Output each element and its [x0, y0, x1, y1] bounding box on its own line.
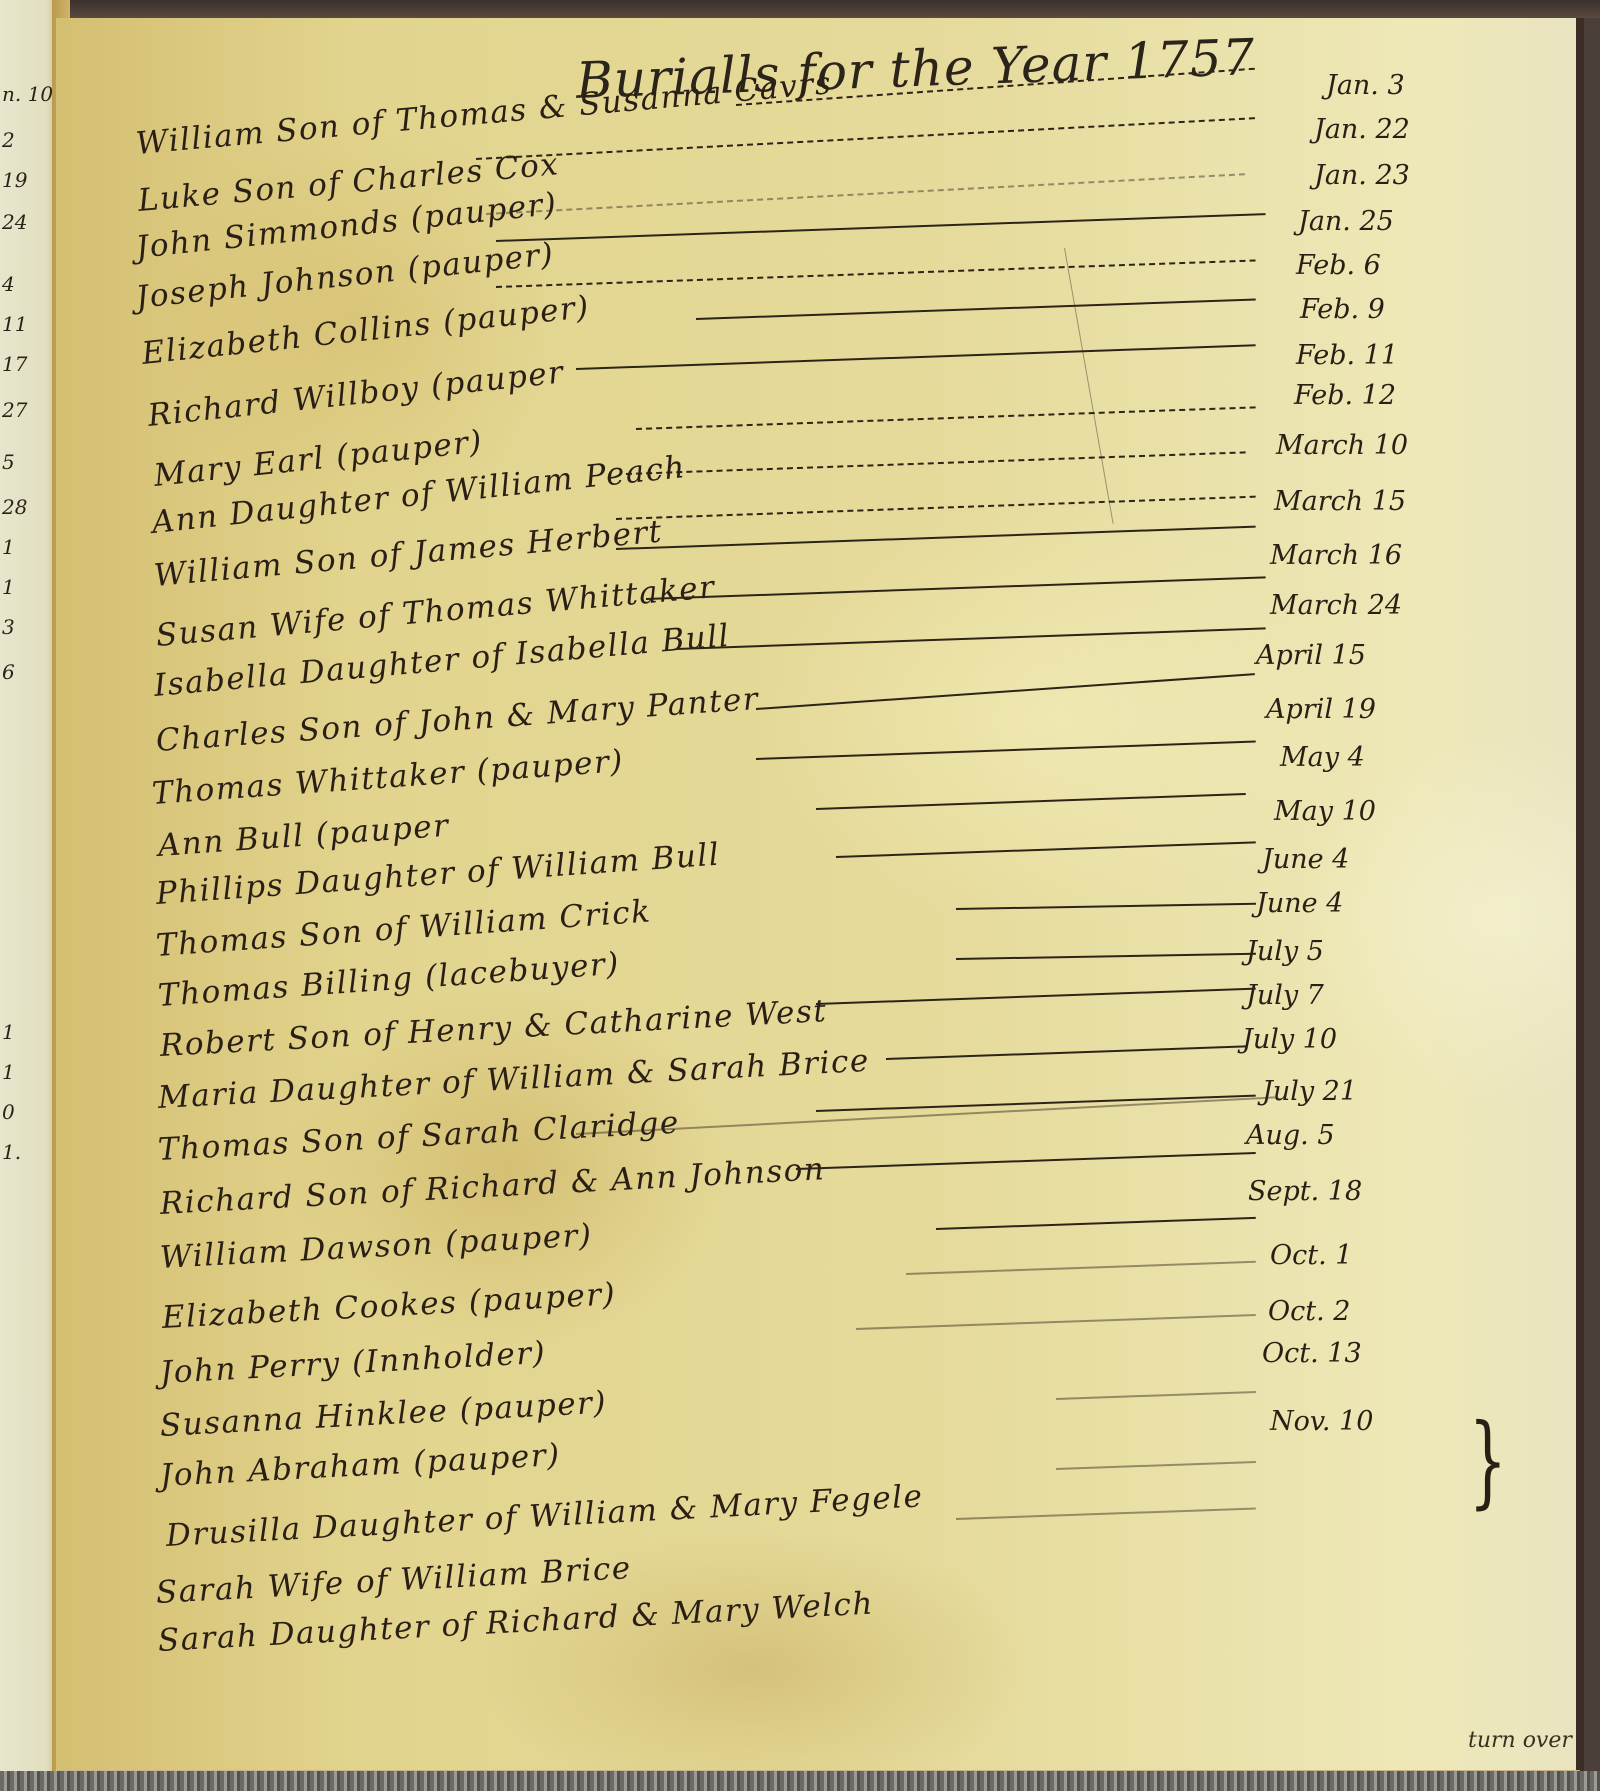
scan-bottom-edge	[0, 1771, 1600, 1791]
leader-rule	[496, 259, 1256, 288]
margin-number: 1	[2, 575, 15, 599]
margin-number: 24	[2, 210, 27, 234]
leader-rule	[626, 451, 1246, 475]
leader-rule	[796, 1152, 1256, 1170]
leader-rule	[836, 841, 1256, 858]
burial-date: April 15	[1256, 640, 1366, 671]
leader-rule	[956, 1508, 1256, 1520]
scan-top-edge	[0, 0, 1600, 18]
burial-entry-name: Susanna Hinklee (pauper)	[159, 1385, 608, 1444]
leader-rule	[956, 953, 1256, 960]
margin-number: 11	[2, 312, 27, 336]
turn-over-note: turn over	[1468, 1728, 1572, 1753]
burial-date: Oct. 1	[1270, 1240, 1352, 1271]
burial-date: June 4	[1262, 844, 1349, 875]
leader-rule	[576, 344, 1256, 370]
burial-date: July 21	[1262, 1076, 1357, 1107]
leader-rule	[1056, 1461, 1256, 1470]
leader-rule	[486, 173, 1245, 215]
leader-rule	[856, 1314, 1256, 1330]
leader-rule	[936, 1217, 1256, 1230]
burial-date: July 10	[1242, 1024, 1337, 1055]
burial-date: April 19	[1266, 694, 1376, 725]
leader-rule	[756, 741, 1256, 760]
burial-date: June 4	[1256, 888, 1343, 919]
leader-rule	[1056, 1391, 1256, 1400]
burial-entry-name: Elizabeth Cookes (pauper)	[161, 1276, 617, 1336]
leader-rule	[646, 576, 1266, 600]
leader-rule	[616, 526, 1256, 550]
burial-date: Nov. 10	[1270, 1406, 1373, 1437]
burial-entry-name: Ann Bull (pauper	[157, 808, 451, 864]
margin-number: 5	[2, 450, 15, 474]
pencil-guide-line	[1064, 248, 1114, 524]
margin-number: 0	[2, 1100, 15, 1124]
register-page: Burialls for the Year 1757 } turn over W…	[56, 18, 1584, 1776]
leader-rule	[816, 988, 1256, 1005]
burial-date: May 4	[1280, 742, 1365, 773]
margin-number: 6	[2, 660, 15, 684]
burial-date: Jan. 22	[1314, 114, 1410, 145]
leader-rule	[906, 1261, 1256, 1275]
margin-number: 17	[2, 352, 27, 376]
leader-rule	[636, 406, 1256, 430]
burial-date: March 10	[1276, 430, 1408, 461]
burial-date: Jan. 25	[1298, 206, 1394, 237]
leader-rule	[816, 793, 1246, 810]
leader-rule	[756, 673, 1255, 710]
margin-number: 4	[2, 272, 15, 296]
leader-rule	[616, 496, 1256, 520]
margin-number: n. 10	[2, 82, 53, 106]
margin-number: 1.	[2, 1140, 21, 1164]
burial-date: Oct. 13	[1262, 1338, 1362, 1369]
burial-entry-name: William Son of Thomas & Susanna Cavrs	[134, 65, 833, 162]
burial-date: Feb. 11	[1296, 340, 1398, 371]
burial-date: Jan. 23	[1314, 160, 1410, 191]
burial-date: July 7	[1246, 980, 1324, 1011]
leader-rule	[496, 213, 1266, 242]
burial-entry-name: Richard Willboy (pauper	[146, 354, 566, 434]
date-brace: }	[1469, 1402, 1507, 1519]
leader-rule	[476, 117, 1255, 160]
burial-entry-name: Thomas Son of Sarah Claridge	[157, 1105, 681, 1168]
burial-entry-name: John Abraham (pauper)	[159, 1437, 561, 1494]
leader-rule	[886, 1045, 1246, 1060]
margin-number: 1	[2, 535, 15, 559]
facing-left-page: n. 1021924411172752811361101.	[0, 0, 58, 1775]
margin-number: 3	[2, 615, 15, 639]
margin-number: 27	[2, 398, 27, 422]
burial-entry-name: John Perry (Innholder)	[159, 1335, 547, 1391]
burial-date: Sept. 18	[1248, 1176, 1362, 1207]
burial-date: March 15	[1274, 486, 1406, 517]
leader-rule	[696, 298, 1256, 320]
margin-number: 1	[2, 1060, 15, 1084]
burial-date: May 10	[1274, 796, 1376, 827]
burial-date: Jan. 3	[1326, 70, 1405, 101]
burial-date: March 16	[1270, 540, 1402, 571]
leader-rule	[576, 1096, 1275, 1135]
leader-rule	[676, 627, 1266, 650]
burial-date: Aug. 5	[1246, 1120, 1335, 1151]
burial-date: Oct. 2	[1268, 1296, 1350, 1327]
margin-number: 1	[2, 1020, 15, 1044]
burial-date: Feb. 12	[1294, 380, 1396, 411]
burial-entry-name: William Dawson (pauper)	[159, 1217, 593, 1276]
margin-number: 19	[2, 168, 27, 192]
burial-date: Feb. 6	[1296, 250, 1381, 281]
burial-date: March 24	[1270, 590, 1402, 621]
burial-date: Feb. 9	[1300, 294, 1385, 325]
margin-number: 28	[2, 495, 27, 519]
leader-rule	[956, 903, 1256, 910]
burial-entry-name: Drusilla Daughter of William & Mary Fege…	[165, 1478, 924, 1554]
burial-date: July 5	[1246, 936, 1324, 967]
margin-number: 2	[2, 128, 15, 152]
